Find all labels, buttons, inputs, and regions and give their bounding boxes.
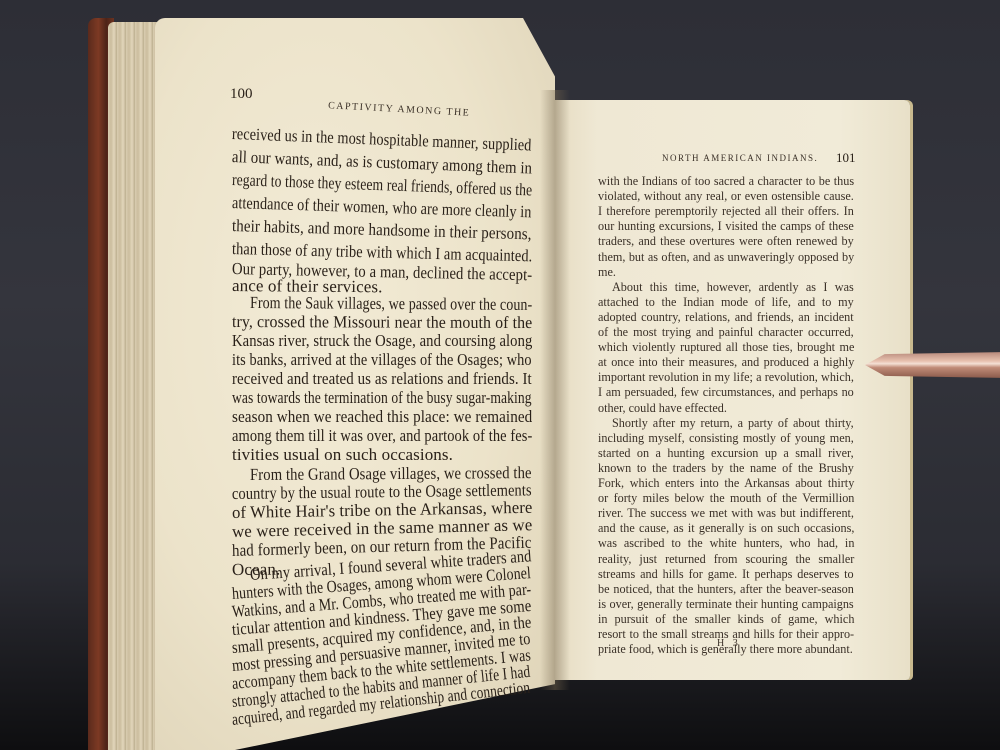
book-gutter — [540, 90, 570, 690]
right-page-line: our hunting excursions, I visited the ca… — [598, 219, 854, 234]
right-page-line: adopted country, relations, and friends,… — [598, 310, 854, 325]
right-page-line: be noticed, that the hunters, after the … — [598, 582, 854, 597]
right-page-line: reality, just returned from scouring the… — [598, 552, 854, 567]
left-page-number: 100 — [230, 86, 253, 103]
right-page-line: violated, without any real, or even oste… — [598, 189, 854, 204]
right-page-line: and the cause, as it generally is on suc… — [598, 521, 854, 536]
right-page-line: with the Indians of too sacred a charact… — [598, 174, 854, 189]
right-page-line: About this time, however, ardently as I … — [612, 280, 854, 295]
left-page-line: tivities usual on such occasions. — [232, 445, 453, 465]
right-page-line: I therefore peremptorily rejected all th… — [598, 204, 854, 219]
right-page-line: at once into their measures, and produce… — [598, 355, 854, 370]
right-page-line: Shortly after my return, a party of abou… — [612, 416, 854, 431]
right-page-number: 101 — [836, 150, 856, 166]
right-page-line: important revolution in my life; a revol… — [598, 370, 854, 385]
right-running-head: NORTH AMERICAN INDIANS. — [662, 153, 818, 163]
left-page-line: was towards the termination of the busy … — [232, 388, 532, 408]
signature-mark: H 3 — [717, 638, 741, 649]
right-page-line: streams and hills for game. It perhaps d… — [598, 567, 854, 582]
pencil-pointer — [865, 352, 1000, 378]
right-page-line: in pursuit of the smaller kinds of game,… — [598, 612, 854, 627]
right-page-line: I am persuaded, few circumstances, and p… — [598, 385, 854, 400]
right-page-line: traders, and these overtures were often … — [598, 234, 854, 249]
right-page-line: them, but as often, and as unwaveringly … — [598, 250, 854, 265]
right-page-line: or forty miles below the mouth of the Ve… — [598, 491, 854, 506]
right-page-line: of the most trying and painful character… — [598, 325, 854, 340]
left-page-line: its banks, arrived at the villages of th… — [232, 350, 532, 370]
right-page-line: known to the traders by the name of the … — [598, 461, 854, 476]
right-page-line: which violently ruptured all those ties,… — [598, 340, 854, 355]
right-page-line: me. — [598, 265, 616, 280]
left-page-line: received and treated us as relations and… — [232, 369, 532, 389]
right-page-line: other, could have effected. — [598, 401, 727, 416]
left-page-line: Kansas river, struck the Osage, and cour… — [232, 331, 532, 351]
right-page-line: including myself, consisting mostly of y… — [598, 431, 854, 446]
right-page-line: is over, generally terminate their hunti… — [598, 597, 854, 612]
right-page-line: river. The success we met with was but i… — [598, 506, 854, 521]
left-page-line: try, crossed the Missouri near the mouth… — [232, 312, 532, 333]
right-page-line: was ascribed to the white hunters, who h… — [598, 536, 854, 551]
left-page-line: among them till it was over, and partook… — [232, 426, 532, 446]
right-page-line: Fork, which enters into the Arkansas abo… — [598, 476, 854, 491]
right-page-line: attached to the Indian mode of life, and… — [598, 295, 854, 310]
left-page-line: season when we reached this place: we re… — [232, 407, 532, 427]
right-page-line: started on a hunting excursion up a smal… — [598, 446, 854, 461]
